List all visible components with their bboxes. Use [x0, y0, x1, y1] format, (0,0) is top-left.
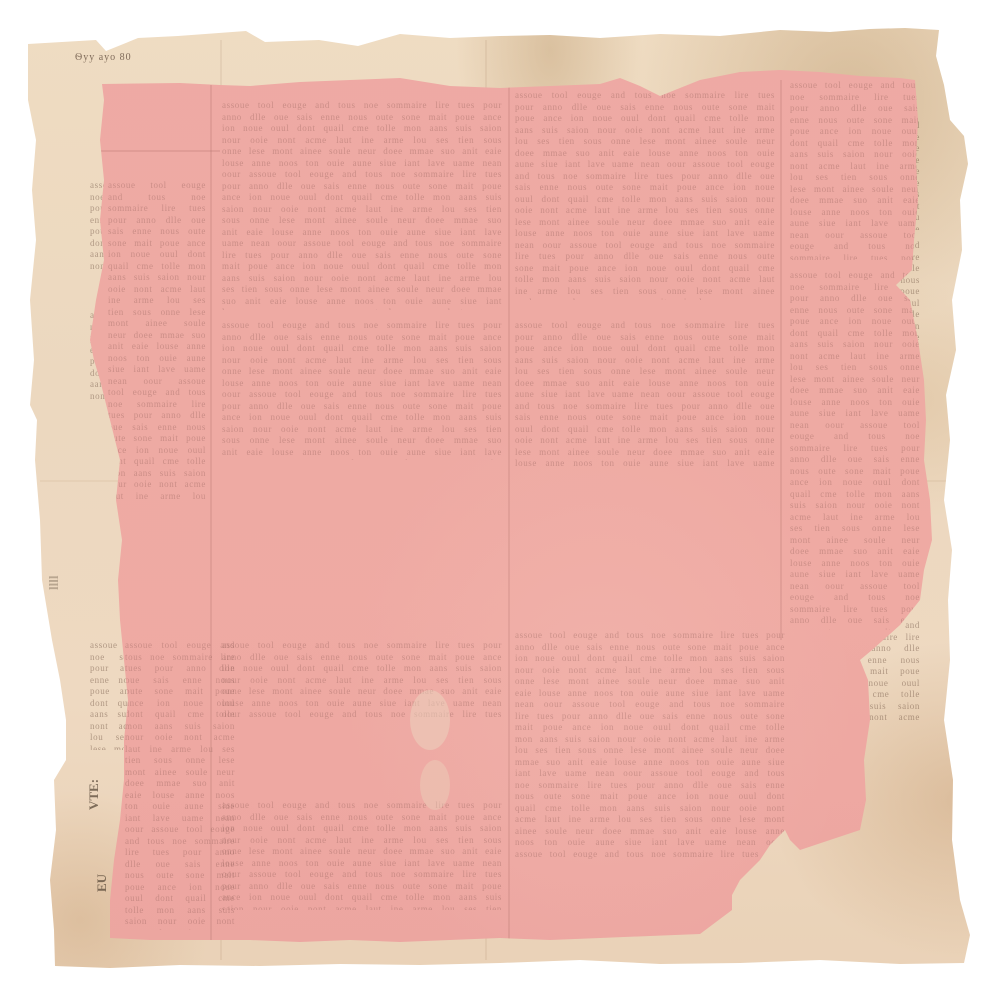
worn-patch — [420, 760, 450, 810]
vertical-margin-text: llll — [46, 576, 62, 590]
newsprint-block: assoue tool eouge and tous noe sommaire … — [515, 630, 785, 860]
newsprint-block: assoue tool eouge and tous noe sommaire … — [790, 80, 920, 260]
vertical-margin-text: EU — [94, 874, 110, 892]
newsprint-block: assoue tool eouge and tous noe sommaire … — [790, 270, 920, 630]
newsprint-block: assoue tool eouge and tous noe sommaire … — [222, 800, 502, 910]
column-rule — [780, 80, 782, 640]
vertical-margin-text: VTE: — [86, 779, 102, 810]
newsprint-block: assoue tool eouge and tous noe sommaire … — [125, 640, 235, 930]
masthead-text: Ѳyy ayo 80 — [75, 52, 132, 63]
newsprint-block: assoue tool eouge and tous noe sommaire … — [515, 90, 775, 300]
collage-canvas: assoue tool eouge and tous noe sommaire … — [0, 0, 1000, 1000]
newsprint-block: assoue tool eouge and tous noe sommaire … — [222, 100, 502, 310]
newsprint-block: assoue tool eouge and tous noe sommaire … — [108, 180, 206, 500]
newsprint-block: assoue tool eouge and tous noe sommaire … — [222, 320, 502, 460]
newsprint-block: assoue tool eouge and tous noe sommaire … — [222, 640, 502, 720]
fold-rule — [100, 150, 220, 152]
newsprint-block: assoue tool eouge and tous noe sommaire … — [515, 320, 775, 470]
column-rule — [508, 80, 510, 940]
worn-patch — [410, 690, 450, 750]
